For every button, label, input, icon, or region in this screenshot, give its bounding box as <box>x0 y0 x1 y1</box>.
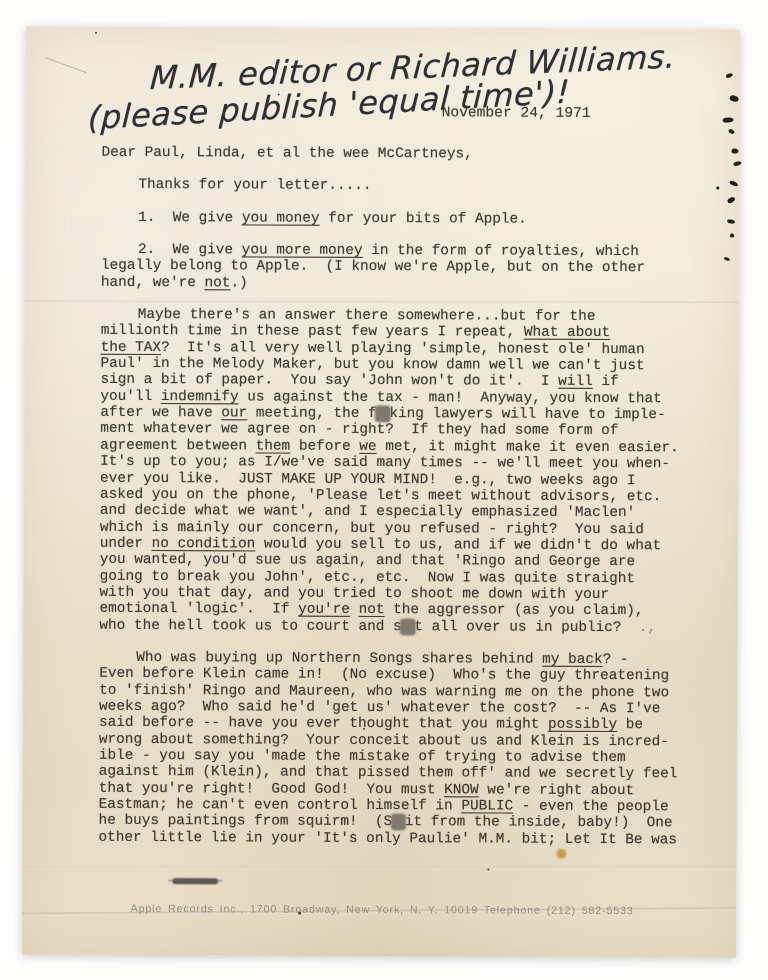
text-segment: 2. We give <box>138 242 242 258</box>
letter-line: who the hell took us to court and s t al… <box>99 617 695 636</box>
text-segment: if <box>593 374 619 390</box>
underlined-text: What about <box>524 325 610 341</box>
ink-mark <box>725 72 733 78</box>
stray-typed-marks: ., <box>622 620 657 636</box>
text-segment: It's up to you; as I/we've said many tim… <box>100 454 670 472</box>
text-segment: t all over us in public? <box>414 619 621 636</box>
underlined-text: we <box>359 439 376 455</box>
underlined-text: will <box>558 374 593 390</box>
letter-date: November 24, 1971 <box>442 105 591 122</box>
text-segment: ? It's all very well playing 'simple, ho… <box>161 340 645 358</box>
letter-body: Dear Paul, Linda, et al the wee McCartne… <box>98 145 697 849</box>
paragraph: Thanks for your letter..... <box>101 177 697 196</box>
text-segment: for your bits of Apple. <box>320 210 527 227</box>
text-segment: to 'finish' Ringo and Maureen, who was w… <box>99 682 669 700</box>
text-segment: Thanks for your letter..... <box>138 177 371 194</box>
text-segment <box>350 602 359 618</box>
underlined-text: you more money <box>242 242 363 259</box>
text-segment: other little lie in your 'It's only Paul… <box>98 829 677 848</box>
text-segment: Eastman; he can't even control himself i… <box>99 797 462 815</box>
text-segment: you'll <box>100 389 161 405</box>
text-segment: meeting, the f <box>247 406 377 423</box>
text-segment: in the form of royalties, which <box>363 243 639 260</box>
paper-speck <box>363 728 365 730</box>
ink-mark <box>722 117 733 123</box>
text-segment: hand, we're <box>101 274 205 290</box>
text-segment: which is mainly our concern, but you ref… <box>100 519 644 537</box>
ink-mark <box>727 219 736 224</box>
letter-paper: M.M. editor or Richard Williams. (please… <box>22 26 740 957</box>
text-segment: met, it might make it even easier. <box>377 439 679 456</box>
text-segment: we're right about <box>479 782 635 799</box>
text-segment: sign a bit of paper. You say 'John won't… <box>100 372 558 390</box>
text-segment: 1. We give <box>138 210 242 226</box>
paragraph: 1. We give you money for your bits of Ap… <box>101 209 697 228</box>
censor-smudge <box>401 619 416 635</box>
ink-mark <box>728 128 735 134</box>
text-segment: wrong about something? Your conceit abou… <box>99 731 669 749</box>
ink-scribble <box>172 878 218 884</box>
text-segment: ment whatever we agree on - right? If th… <box>100 421 618 439</box>
underlined-text: you money <box>242 210 320 226</box>
text-segment: - even the people <box>513 799 669 816</box>
scanned-letter-page: M.M. editor or Richard Williams. (please… <box>0 0 768 980</box>
text-segment: and decide what we want', and I especial… <box>100 503 635 521</box>
text-segment: that you're right! Good God! You must <box>99 780 445 798</box>
text-segment: before <box>290 438 359 454</box>
underlined-text: not <box>359 602 385 618</box>
ink-mark <box>729 180 739 187</box>
text-segment: king lawyers will have to imple- <box>389 406 665 423</box>
text-segment: be <box>617 717 643 733</box>
text-segment: said before -- have you ever thought tha… <box>99 715 548 733</box>
underlined-text: KNOW <box>444 782 479 798</box>
text-segment: the aggressor (as you claim), <box>384 602 643 619</box>
ink-mark <box>724 257 731 262</box>
underlined-text: indemnify <box>161 389 239 405</box>
text-segment: .) <box>230 275 247 291</box>
text-segment: emotional 'logic'. If <box>99 601 298 618</box>
fold-crease-mid <box>22 866 736 870</box>
censor-smudge <box>391 814 406 830</box>
letter-line: hand, we're not.) <box>101 274 697 293</box>
paragraph: Who was buying up Northern Songs shares … <box>98 650 695 849</box>
underlined-text: no condition <box>152 536 256 552</box>
underlined-text: our <box>221 405 247 421</box>
paragraph: Dear Paul, Linda, et al the wee McCartne… <box>101 145 697 164</box>
paragraph: Maybe there's an answer there somewhere.… <box>99 307 696 636</box>
text-segment: Who was buying up Northern Songs shares … <box>136 650 542 668</box>
text-segment: going to break you John', etc., etc. Now… <box>100 568 635 586</box>
underlined-text: not <box>205 275 231 291</box>
letterhead-footer: Apple Records Inc., 1700 Broadway, New Y… <box>92 903 672 918</box>
ink-mark <box>716 186 719 189</box>
letter-line: other little lie in your 'It's only Paul… <box>98 829 694 848</box>
paper-scratch <box>45 57 87 73</box>
text-segment: legally belong to Apple. (I know we're A… <box>101 258 645 276</box>
underlined-text: PUBLIC <box>461 798 513 814</box>
text-segment: who the hell took us to court and s <box>99 617 401 634</box>
underlined-text: the TAX <box>101 340 162 356</box>
ink-mark <box>729 94 739 102</box>
text-segment: agreement between <box>100 438 256 455</box>
text-segment: you wanted, you'd sue us again, and that… <box>100 552 635 570</box>
text-segment: he buys paintings from squirm! (S <box>99 813 393 830</box>
text-segment: ever you like. JUST MAKE UP YOUR MIND! e… <box>100 470 635 488</box>
paragraph: 2. We give you more money in the form of… <box>101 242 697 294</box>
underlined-text: them <box>256 438 291 454</box>
text-segment: us against the tax - man! Anyway, you kn… <box>239 389 662 407</box>
text-segment: under <box>100 536 152 552</box>
paper-speck <box>95 32 97 34</box>
paper-stain <box>556 849 566 859</box>
text-segment: millionth time in these past few years I… <box>101 323 524 341</box>
paper-speck <box>278 94 280 96</box>
ink-mark <box>727 196 736 204</box>
text-segment: would you sell to us, and if we didn't d… <box>255 536 661 554</box>
text-segment: ? - <box>603 652 629 668</box>
text-segment: Dear Paul, Linda, et al the wee McCartne… <box>101 145 472 163</box>
letter-line: 1. We give you money for your bits of Ap… <box>101 209 697 228</box>
text-segment: after we have <box>100 405 221 422</box>
underlined-text: you're <box>298 602 350 618</box>
ink-mark <box>731 149 738 154</box>
paper-speck <box>298 912 301 915</box>
letter-line: Dear Paul, Linda, et al the wee McCartne… <box>101 145 697 164</box>
paper-speck <box>487 868 489 870</box>
text-segment: Even before Klein came in! (No excuse) W… <box>99 666 669 684</box>
ink-mark <box>733 161 742 167</box>
text-segment: it from the inside, baby!) One <box>405 814 673 831</box>
underlined-text: possibly <box>548 717 617 733</box>
censor-smudge <box>376 406 391 422</box>
underlined-text: my back <box>542 652 603 668</box>
ink-mark <box>730 234 734 238</box>
letter-line: Thanks for your letter..... <box>101 177 697 196</box>
ink-smudge-marks <box>26 26 740 29</box>
